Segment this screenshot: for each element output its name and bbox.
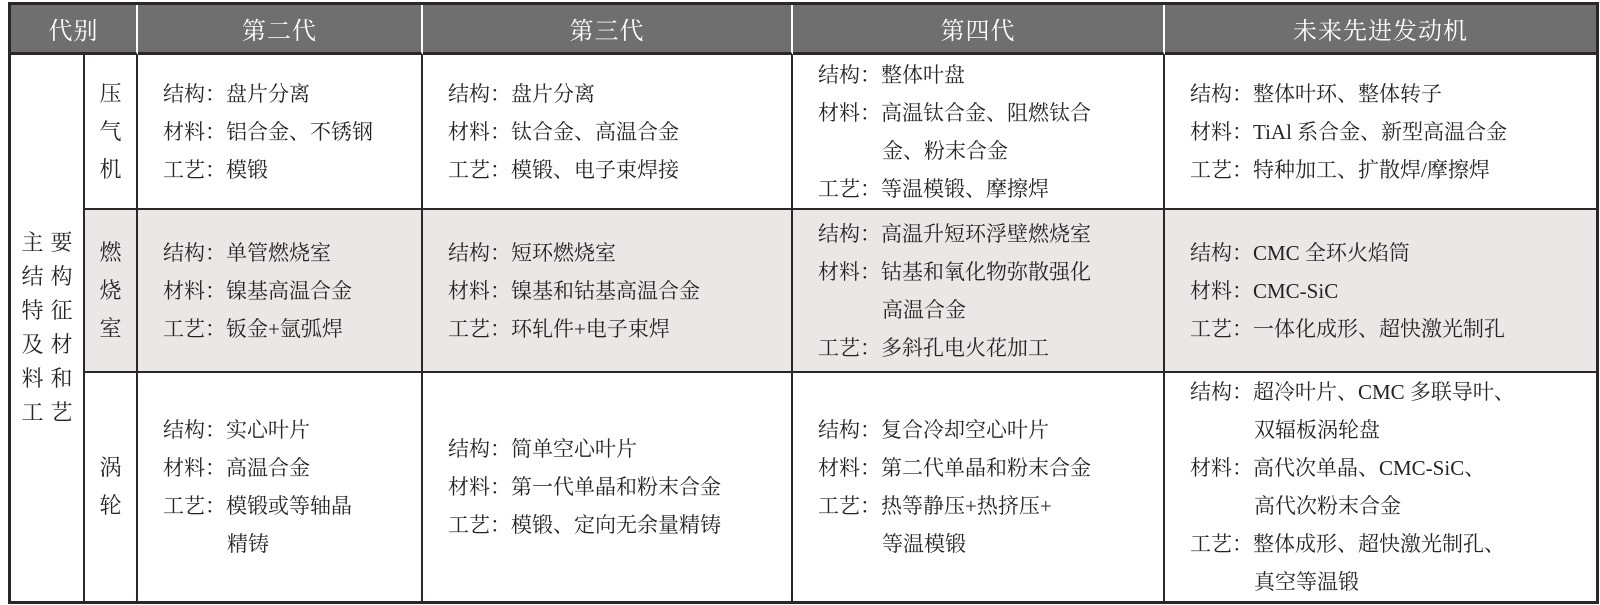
header-cell-generation: 代别 [11, 5, 138, 55]
row-label-compressor: 压 气 机 [85, 55, 138, 210]
cell-entry-process: 工艺：钣金+氩弧焊 [163, 310, 411, 348]
cell-entry-process: 工艺：一体化成形、超快激光制孔 [1190, 310, 1586, 348]
cell-combustor-future: 结构：CMC 全环火焰筒 材料：CMC-SiC 工艺：一体化成形、超快激光制孔 [1165, 210, 1596, 373]
cell-entry-material: 材料：第一代单晶和粉末合金 [448, 468, 781, 506]
cell-compressor-gen2: 结构：盘片分离 材料：铝合金、不锈钢 工艺：模锻 [138, 55, 423, 210]
header-cell-future-engine: 未来先进发动机 [1165, 5, 1596, 55]
cell-entry-structure: 结构：复合冷却空心叶片 [818, 411, 1153, 449]
cell-turbine-gen2: 结构：实心叶片 材料：高温合金 工艺：模锻或等轴晶 精铸 [138, 373, 423, 601]
cell-entry-structure: 结构：整体叶盘 [818, 56, 1153, 94]
page: 代别 第二代 第三代 第四代 未来先进发动机 主要 结构 特征 及材 料和 工艺… [0, 0, 1600, 605]
header-cell-gen4: 第四代 [793, 5, 1165, 55]
row-group-label: 主要 结构 特征 及材 料和 工艺 [11, 55, 85, 601]
cell-turbine-gen3: 结构：简单空心叶片 材料：第一代单晶和粉末合金 工艺：模锻、定向无余量精铸 [423, 373, 793, 601]
cell-entry-material: 材料：高温合金 [163, 449, 411, 487]
cell-entry-structure: 结构：整体叶环、整体转子 [1190, 75, 1586, 113]
cell-entry-structure: 结构：CMC 全环火焰筒 [1190, 234, 1586, 272]
cell-entry-structure: 结构：单管燃烧室 [163, 234, 411, 272]
cell-entry-process: 工艺：多斜孔电火花加工 [818, 329, 1153, 367]
cell-combustor-gen3: 结构：短环燃烧室 材料：镍基和钴基高温合金 工艺：环轧件+电子束焊 [423, 210, 793, 373]
cell-entry-structure: 结构：超冷叶片、CMC 多联导叶、 双辐板涡轮盘 [1190, 373, 1586, 449]
cell-entry-process: 工艺：模锻 [163, 151, 411, 189]
cell-entry-process: 工艺：模锻或等轴晶 精铸 [163, 487, 411, 563]
cell-compressor-gen3: 结构：盘片分离 材料：钛合金、高温合金 工艺：模锻、电子束焊接 [423, 55, 793, 210]
cell-turbine-future: 结构：超冷叶片、CMC 多联导叶、 双辐板涡轮盘 材料：高代次单晶、CMC-Si… [1165, 373, 1596, 601]
cell-entry-structure: 结构：简单空心叶片 [448, 430, 781, 468]
header-cell-gen2: 第二代 [138, 5, 423, 55]
cell-entry-structure: 结构：盘片分离 [163, 75, 411, 113]
cell-entry-material: 材料：第二代单晶和粉末合金 [818, 449, 1153, 487]
header-cell-gen3: 第三代 [423, 5, 793, 55]
cell-entry-structure: 结构：实心叶片 [163, 411, 411, 449]
cell-entry-material: 材料：高温钛合金、阻燃钛合 金、粉末合金 [818, 94, 1153, 170]
cell-entry-process: 工艺：环轧件+电子束焊 [448, 310, 781, 348]
cell-entry-process: 工艺：特种加工、扩散焊/摩擦焊 [1190, 151, 1586, 189]
cell-entry-process: 工艺：模锻、电子束焊接 [448, 151, 781, 189]
cell-entry-process: 工艺：热等静压+热挤压+ 等温模锻 [818, 487, 1153, 563]
row-label-combustor: 燃 烧 室 [85, 210, 138, 373]
cell-entry-material: 材料：高代次单晶、CMC-SiC、 高代次粉末合金 [1190, 449, 1586, 525]
row-label-turbine: 涡 轮 [85, 373, 138, 601]
cell-entry-structure: 结构：盘片分离 [448, 75, 781, 113]
cell-entry-material: 材料：TiAl 系合金、新型高温合金 [1190, 113, 1586, 151]
cell-combustor-gen4: 结构：高温升短环浮壁燃烧室 材料：钴基和氧化物弥散强化 高温合金 工艺：多斜孔电… [793, 210, 1165, 373]
cell-entry-process: 工艺：等温模锻、摩擦焊 [818, 170, 1153, 208]
cell-combustor-gen2: 结构：单管燃烧室 材料：镍基高温合金 工艺：钣金+氩弧焊 [138, 210, 423, 373]
cell-entry-material: 材料：钴基和氧化物弥散强化 高温合金 [818, 253, 1153, 329]
cell-compressor-future: 结构：整体叶环、整体转子 材料：TiAl 系合金、新型高温合金 工艺：特种加工、… [1165, 55, 1596, 210]
cell-entry-material: 材料：镍基高温合金 [163, 272, 411, 310]
cell-entry-material: 材料：铝合金、不锈钢 [163, 113, 411, 151]
cell-compressor-gen4: 结构：整体叶盘 材料：高温钛合金、阻燃钛合 金、粉末合金 工艺：等温模锻、摩擦焊 [793, 55, 1165, 210]
cell-entry-material: 材料：钛合金、高温合金 [448, 113, 781, 151]
cell-entry-material: 材料：CMC-SiC [1190, 272, 1586, 310]
cell-entry-structure: 结构：高温升短环浮壁燃烧室 [818, 215, 1153, 253]
engine-generation-table: 代别 第二代 第三代 第四代 未来先进发动机 主要 结构 特征 及材 料和 工艺… [8, 2, 1599, 604]
cell-entry-process: 工艺：模锻、定向无余量精铸 [448, 506, 781, 544]
cell-turbine-gen4: 结构：复合冷却空心叶片 材料：第二代单晶和粉末合金 工艺：热等静压+热挤压+ 等… [793, 373, 1165, 601]
cell-entry-structure: 结构：短环燃烧室 [448, 234, 781, 272]
cell-entry-process: 工艺：整体成形、超快激光制孔、 真空等温锻 [1190, 525, 1586, 601]
cell-entry-material: 材料：镍基和钴基高温合金 [448, 272, 781, 310]
